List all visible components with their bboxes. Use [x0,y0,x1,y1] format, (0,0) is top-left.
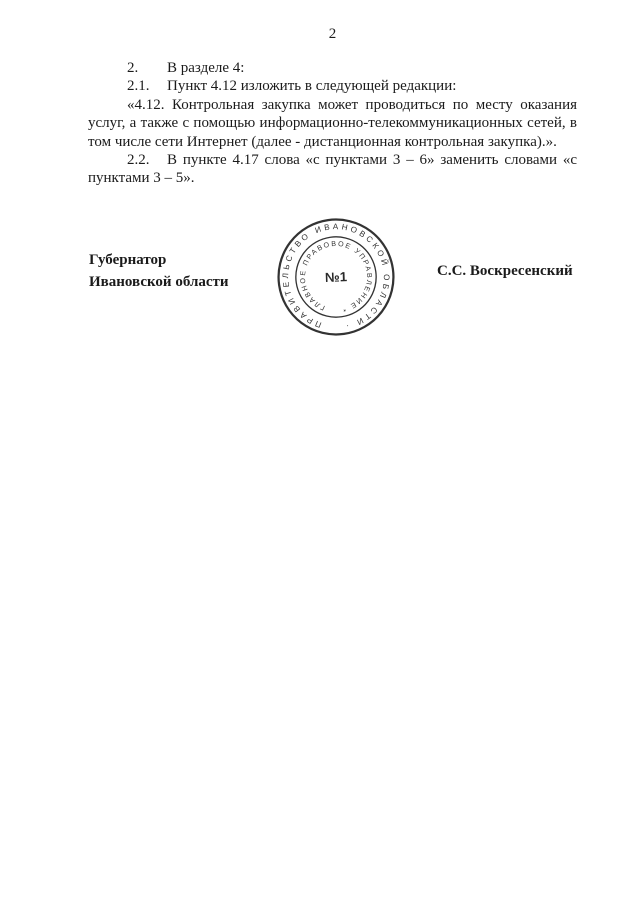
paragraph-2-1: 2.1.Пункт 4.12 изложить в следующей реда… [88,77,577,95]
document-page: { "page": { "number": "2" }, "body": { "… [0,0,640,905]
item-text: Пункт 4.12 изложить в следующей редакции… [167,78,456,94]
item-number: 2.2. [127,151,167,169]
signatory-title-line2: Ивановской области [89,272,229,294]
signatory-name: С.С. Воскресенский [437,263,573,280]
paragraph-quote-4-12: «4.12. Контрольная закупка может проводи… [88,96,577,151]
item-text: В разделе 4: [167,60,244,76]
official-round-stamp: ПРАВИТЕЛЬСТВО ИВАНОВСКОЙ ОБЛАСТИ · ГЛАВН… [275,216,397,338]
signatory-title-line1: Губернатор [89,250,229,272]
stamp-number: №1 [325,269,348,285]
paragraph-2-2: 2.2.В пункте 4.17 слова «с пунктами 3 – … [88,151,577,188]
item-text: «4.12. Контрольная закупка может проводи… [88,97,577,150]
page-number: 2 [88,26,577,43]
document-body: 2.В разделе 4: 2.1.Пункт 4.12 изложить в… [88,59,577,188]
item-number: 2. [127,59,167,77]
paragraph-2: 2.В разделе 4: [88,59,577,77]
signatory-title: Губернатор Ивановской области [89,250,229,293]
item-number: 2.1. [127,77,167,95]
